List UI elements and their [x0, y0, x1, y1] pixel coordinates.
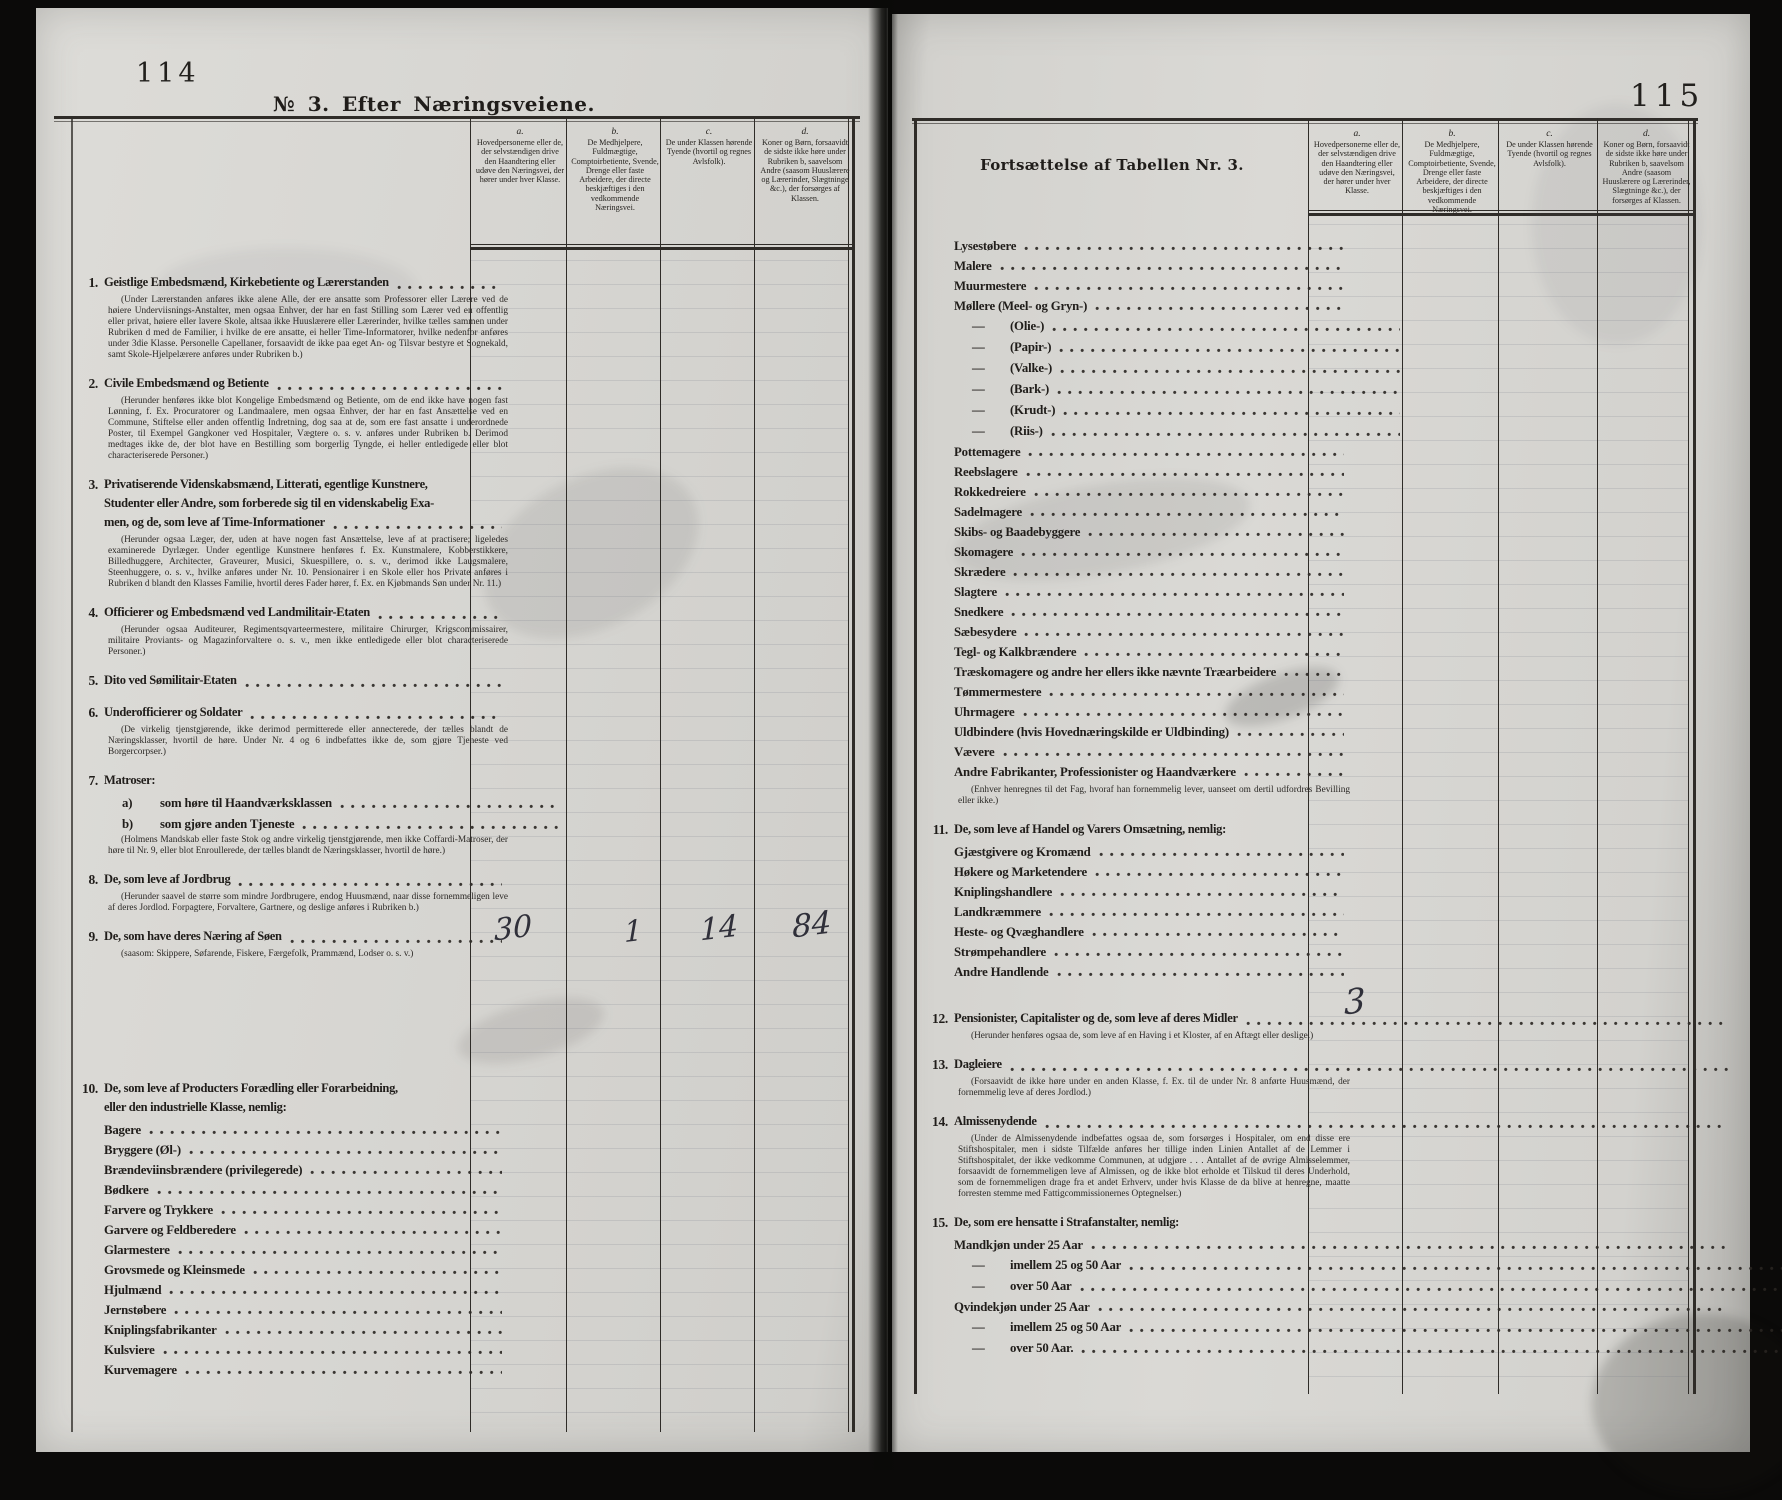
left-page: 114 № 3. Efter Næringsveiene. a. Hovedpe…	[36, 8, 888, 1452]
table-row: Andre Fabrikanter, Professionister og Ha…	[916, 765, 1346, 779]
table-row: Kurvemagere	[66, 1363, 504, 1377]
row-label: (Enhver henregnes til det Fag, hvoraf ha…	[958, 785, 1350, 806]
top-rule	[54, 116, 860, 119]
column-letter-b: b.	[571, 127, 659, 137]
column-header-b-text: De Medhjelpere, Fuldmægtige, Comptoirbet…	[1408, 140, 1496, 214]
table-row: —(Krudt-)	[916, 403, 1402, 418]
table-row: Uldbindere (hvis Hovednæringskilde er Ul…	[916, 725, 1346, 739]
column-line-a	[1308, 118, 1309, 1394]
table-row: b)som gjøre anden Tjeneste	[66, 817, 560, 832]
column-letter-d: d.	[759, 127, 851, 137]
dotted-leader	[1013, 572, 1344, 577]
row-label: Muurmestere	[954, 279, 1026, 293]
row-label: Mandkjøn under 25 Aar	[954, 1238, 1083, 1252]
table-row: Landkræmmere	[916, 905, 1346, 919]
dotted-leader	[1088, 532, 1344, 537]
table-row: Rokkedreiere	[916, 485, 1346, 499]
dotted-leader	[174, 1310, 502, 1315]
table-row: (Holmens Mandskab eller faste Stok og an…	[66, 835, 508, 857]
dotted-leader	[163, 1350, 502, 1355]
table-row: 14.Almissenydende	[916, 1112, 1730, 1131]
table-row: 8.De, som leve af Jordbrug	[66, 870, 504, 889]
table-row: 2.Civile Embedsmænd og Betiente	[66, 374, 504, 393]
table-row: (Enhver henregnes til det Fag, hvoraf ha…	[916, 785, 1350, 807]
column-header-a-text: Hovedpersonerne eller de, der selvstændi…	[1314, 140, 1400, 195]
table-row: Malere	[916, 259, 1346, 273]
row-label: Officierer og Embedsmænd ved Landmilitai…	[104, 603, 370, 622]
row-label: over 50 Aar.	[1010, 1341, 1073, 1356]
row-label: som gjøre anden Tjeneste	[160, 817, 294, 832]
column-header-a: a. Hovedpersonerne eller de, der selvstæ…	[472, 124, 568, 184]
dotted-leader	[333, 525, 502, 530]
row-label: Jernstøbere	[104, 1303, 166, 1317]
row-label: Hjulmænd	[104, 1283, 161, 1297]
row-label: De, som leve af Jordbrug	[104, 870, 230, 889]
table-row: Hjulmænd	[66, 1283, 504, 1297]
dotted-leader	[1051, 432, 1400, 437]
table-row: 9.De, som have deres Næring af Søen	[66, 927, 504, 946]
table-row: 10.De, som leve af Producters Forædling …	[66, 1079, 504, 1117]
table-row: Snedkere	[916, 605, 1346, 619]
column-header-b: b. De Medhjelpere, Fuldmægtige, Comptoir…	[568, 124, 662, 212]
row-number: 15.	[916, 1213, 948, 1232]
table-row: —(Valke-)	[916, 361, 1402, 376]
table-row: 1.Geistlige Embedsmænd, Kirkebetiente og…	[66, 273, 504, 292]
row-label: Tegl- og Kalkbrændere	[954, 645, 1076, 659]
dotted-leader	[1091, 1245, 1728, 1250]
continuation-title: Fortsættelse af Tabellen Nr. 3.	[916, 156, 1308, 174]
dotted-leader	[1054, 952, 1344, 957]
column-letter-a: a.	[475, 127, 565, 137]
table-row: —imellem 25 og 50 Aar	[916, 1258, 1782, 1273]
table-right-border-thin	[848, 116, 849, 1432]
dotted-leader	[1049, 692, 1344, 697]
handwritten-entry-row8-d: 84	[792, 904, 832, 945]
row-label: Qvindekjøn under 25 Aar	[954, 1300, 1090, 1314]
row-label: Gjæstgivere og Kromænd	[954, 845, 1091, 859]
row-number: 12.	[916, 1009, 948, 1028]
table-right-border	[1693, 118, 1696, 1394]
row-label: (Olie-)	[1010, 319, 1044, 334]
table-row: Gjæstgivere og Kromænd	[916, 845, 1346, 859]
top-rule-thin	[54, 121, 860, 122]
table-row: Bagere	[66, 1123, 504, 1137]
table-row: Tegl- og Kalkbrændere	[916, 645, 1346, 659]
column-header-d-text: Koner og Børn, forsaavidt de sidste ikke…	[760, 138, 849, 203]
dotted-leader	[1057, 972, 1344, 977]
dotted-leader	[1023, 712, 1344, 717]
table-row: Jernstøbere	[66, 1303, 504, 1317]
table-row: (Herunder henføres ikke blot Kongelige E…	[66, 396, 508, 462]
row-label: (De virkelig tjenstgjørende, ikke derimo…	[108, 725, 508, 757]
table-row: Tømmermestere	[916, 685, 1346, 699]
table-row: Skrædere	[916, 565, 1346, 579]
row-label: Underofficierer og Soldater	[104, 703, 242, 722]
row-label: eller den industrielle Klasse, nemlig:	[104, 1098, 286, 1117]
row-label: De, som have deres Næring af Søen	[104, 927, 282, 946]
dotted-leader	[1237, 732, 1344, 737]
table-row: a)som høre til Haandværksklassen	[66, 796, 560, 811]
table-row: —over 50 Aar	[916, 1279, 1782, 1294]
dotted-leader	[253, 1270, 502, 1275]
dotted-leader	[1034, 492, 1344, 497]
row-number: —	[972, 1258, 985, 1273]
row-label: Dito ved Sømilitair-Etaten	[104, 671, 237, 690]
column-header-b: b. De Medhjelpere, Fuldmægtige, Comptoir…	[1404, 126, 1500, 214]
dotted-leader	[189, 1150, 502, 1155]
table-left-border	[71, 116, 73, 1432]
table-row: Mandkjøn under 25 Aar	[916, 1238, 1730, 1252]
column-line-d	[1597, 118, 1598, 1394]
table-row: (Under de Almissenydende indbefattes ogs…	[916, 1134, 1350, 1200]
table-row: Grovsmede og Kleinsmede	[66, 1263, 504, 1277]
row-label: over 50 Aar	[1010, 1279, 1072, 1294]
table-row: —(Olie-)	[916, 319, 1402, 334]
table-row: (Herunder saavel de større som mindre Jo…	[66, 892, 508, 914]
dotted-leader	[1092, 932, 1344, 937]
dotted-leader	[1129, 1328, 1782, 1333]
row-label: imellem 25 og 50 Aar	[1010, 1258, 1121, 1273]
dotted-leader	[178, 1250, 502, 1255]
dotted-leader	[157, 1190, 502, 1195]
row-label: Reebslagere	[954, 465, 1018, 479]
binding-gutter	[868, 0, 898, 1470]
handwritten-entry-row8-a: 30	[494, 909, 533, 949]
row-label: Slagtere	[954, 585, 997, 599]
row-label: Glarmestere	[104, 1243, 170, 1257]
column-line-a	[470, 116, 471, 1432]
table-row: Høkere og Marketendere	[916, 865, 1346, 879]
table-row: Kulsviere	[66, 1343, 504, 1357]
table-row: —(Riis-)	[916, 424, 1402, 439]
row-label: Andre Fabrikanter, Professionister og Ha…	[954, 765, 1236, 779]
dotted-leader	[250, 715, 502, 720]
table-row: 15.De, som ere hensatte i Strafanstalter…	[916, 1213, 1346, 1232]
table-row: Skibs- og Baadebyggere	[916, 525, 1346, 539]
row-label: (Holmens Mandskab eller faste Stok og an…	[108, 835, 508, 856]
dotted-leader	[1052, 327, 1400, 332]
dotted-leader	[225, 1330, 502, 1335]
row-number: —	[972, 1279, 985, 1294]
table-row: Bryggere (Øl-)	[66, 1143, 504, 1157]
dotted-leader	[1045, 1124, 1728, 1129]
table-row: 13.Dagleiere	[916, 1055, 1730, 1074]
table-row: Møllere (Meel- og Gryn-)	[916, 299, 1346, 313]
dotted-leader	[1060, 369, 1400, 374]
column-header-a: a. Hovedpersonerne eller de, der selvstæ…	[1310, 126, 1404, 196]
table-row: 11.De, som leve af Handel og Varers Omsæ…	[916, 820, 1346, 839]
row-label: (Riis-)	[1010, 424, 1043, 439]
dotted-leader	[277, 386, 502, 391]
column-letter-c: c.	[665, 127, 753, 137]
row-label: (Herunder ogsaa Auditeurer, Regimentsqva…	[108, 625, 508, 657]
table-row: Heste- og Qvæghandlere	[916, 925, 1346, 939]
dotted-leader	[1026, 472, 1344, 477]
row-label: Skrædere	[954, 565, 1005, 579]
table-row: —(Bark-)	[916, 382, 1402, 397]
column-line-b	[1402, 118, 1403, 1394]
dotted-leader	[185, 1370, 502, 1375]
table-row: Garvere og Feldberedere	[66, 1223, 504, 1237]
row-label: men, og de, som leve af Time-Information…	[104, 513, 325, 532]
row-number: —	[972, 382, 985, 397]
dotted-leader	[1284, 672, 1344, 677]
row-label: De, som leve af Handel og Varers Omsætni…	[954, 820, 1226, 839]
table-row: Kniplingshandlere	[916, 885, 1346, 899]
table-row: 12.Pensionister, Capitalister og de, som…	[916, 1009, 1730, 1028]
handwritten-entry-row8-c: 14	[700, 909, 739, 949]
table-row: Lysestøbere	[916, 239, 1346, 253]
row-label: Bagere	[104, 1123, 141, 1137]
dotted-leader	[1028, 452, 1344, 457]
dotted-leader	[310, 1170, 502, 1175]
row-label: Grovsmede og Kleinsmede	[104, 1263, 245, 1277]
dotted-leader	[1005, 592, 1344, 597]
row-label: Rokkedreiere	[954, 485, 1026, 499]
dotted-leader	[1081, 1349, 1782, 1354]
table-row: Andre Handlende	[916, 965, 1346, 979]
table-row: 7.Matroser:	[66, 771, 504, 790]
table-row: Qvindekjøn under 25 Aar	[916, 1300, 1730, 1314]
column-letter-b: b.	[1407, 129, 1497, 139]
row-section-trades: LysestøbereMalereMuurmestereMøllere (Mee…	[916, 233, 1308, 779]
row-number: —	[972, 340, 985, 355]
row-section-11: (Enhver henregnes til det Fag, hvoraf ha…	[916, 782, 1308, 979]
row-label: Lysestøbere	[954, 239, 1016, 253]
column-line-b	[566, 116, 567, 1432]
row-label: Heste- og Qvæghandlere	[954, 925, 1084, 939]
handwritten-entry-row8-b: 1	[624, 913, 643, 949]
dotted-leader	[1034, 286, 1344, 291]
table-row: Sæbesydere	[916, 625, 1346, 639]
row-label: (saasom: Skippere, Søfarende, Fiskere, F…	[121, 949, 413, 959]
row-label: Kniplingsfabrikanter	[104, 1323, 217, 1337]
dotted-leader	[340, 804, 558, 809]
row-section-12-15: 12.Pensionister, Capitalister og de, som…	[916, 996, 1308, 1356]
row-number: —	[972, 1341, 985, 1356]
dotted-leader	[1129, 1266, 1782, 1271]
right-page: 115 Fortsættelse af Tabellen Nr. 3. a. H…	[892, 14, 1750, 1452]
dotted-leader	[1024, 632, 1344, 637]
row-label: Pensionister, Capitalister og de, som le…	[954, 1009, 1238, 1028]
table-row: (Forsaavidt de ikke høre under en anden …	[916, 1077, 1350, 1099]
table-row: 6.Underofficierer og Soldater	[66, 703, 504, 722]
row-label: Andre Handlende	[954, 965, 1049, 979]
row-label: Sadelmagere	[954, 505, 1022, 519]
dotted-leader	[1098, 1307, 1728, 1312]
column-header-a-text: Hovedpersonerne eller de, der selvstændi…	[476, 138, 564, 184]
column-header-c: c. De under Klassen hørende Tyende (hvor…	[662, 124, 756, 166]
table-row: Glarmestere	[66, 1243, 504, 1257]
row-label: Matroser:	[104, 771, 155, 790]
table-row: (De virkelig tjenstgjørende, ikke derimo…	[66, 725, 508, 758]
dotted-leader	[1084, 652, 1344, 657]
dotted-leader	[1095, 306, 1344, 311]
row-label: imellem 25 og 50 Aar	[1010, 1320, 1121, 1335]
table-row: 3.Privatiserende Videnskabsmænd, Littera…	[66, 475, 504, 532]
page-number-left: 114	[136, 58, 200, 89]
row-number: a)	[122, 796, 132, 811]
row-section-10: 10.De, som leve af Producters Forædling …	[66, 1066, 466, 1377]
dotted-leader	[1003, 752, 1345, 757]
table-row: (Herunder henføres ogsaa de, som leve af…	[916, 1031, 1350, 1042]
dotted-leader	[244, 1230, 502, 1235]
dotted-leader	[169, 1290, 502, 1295]
table-row: Kniplingsfabrikanter	[66, 1323, 504, 1337]
row-section-1-9: 1.Geistlige Embedsmænd, Kirkebetiente og…	[66, 260, 466, 960]
dotted-leader	[1010, 1067, 1728, 1072]
table-row: Bødkere	[66, 1183, 504, 1197]
table-row: (Under Lærerstanden anføres ikke alene A…	[66, 295, 508, 361]
row-label: Uldbindere (hvis Hovednæringskilde er Ul…	[954, 725, 1229, 739]
table-row: Reebslagere	[916, 465, 1346, 479]
table-row: Pottemagere	[916, 445, 1346, 459]
table-left-border	[914, 118, 917, 1394]
row-number: 11.	[916, 820, 948, 839]
dotted-leader	[302, 825, 558, 830]
row-label: Studenter eller Andre, som forberede sig…	[104, 494, 434, 513]
dotted-leader	[238, 882, 502, 887]
dotted-leader	[378, 615, 502, 620]
row-label: (Bark-)	[1010, 382, 1049, 397]
dotted-leader	[1095, 872, 1344, 877]
row-label: (Herunder henføres ikke blot Kongelige E…	[108, 396, 508, 461]
row-label: Malere	[954, 259, 992, 273]
row-label: Kulsviere	[104, 1343, 155, 1357]
row-label: Landkræmmere	[954, 905, 1041, 919]
table-row: —over 50 Aar.	[916, 1341, 1782, 1356]
table-row: —imellem 25 og 50 Aar	[916, 1320, 1782, 1335]
row-label: Træskomagere og andre her ellers ikke næ…	[954, 665, 1276, 679]
row-label: Snedkere	[954, 605, 1003, 619]
row-label: Vævere	[954, 745, 995, 759]
table-row: Muurmestere	[916, 279, 1346, 293]
row-label: Pottemagere	[954, 445, 1020, 459]
table-row: Farvere og Trykkere	[66, 1203, 504, 1217]
row-number: 14.	[916, 1112, 948, 1131]
table-row: Slagtere	[916, 585, 1346, 599]
row-label: Privatiserende Videnskabsmænd, Litterati…	[104, 475, 428, 494]
row-label: Civile Embedsmænd og Betiente	[104, 374, 269, 393]
row-label: Kurvemagere	[104, 1363, 177, 1377]
row-number: —	[972, 361, 985, 376]
row-number: —	[972, 319, 985, 334]
dotted-leader	[1030, 512, 1344, 517]
row-label: (Valke-)	[1010, 361, 1052, 376]
row-label: Møllere (Meel- og Gryn-)	[954, 299, 1087, 313]
dotted-leader	[1057, 390, 1400, 395]
table-row: Træskomagere og andre her ellers ikke næ…	[916, 665, 1346, 679]
table-row: 5.Dito ved Sømilitair-Etaten	[66, 671, 504, 690]
dotted-leader	[1049, 912, 1344, 917]
table-right-border	[852, 116, 855, 1432]
dotted-leader	[221, 1210, 502, 1215]
table-row: Skomagere	[916, 545, 1346, 559]
table-row: (saasom: Skippere, Søfarende, Fiskere, F…	[66, 949, 508, 960]
table-row: Strømpehandlere	[916, 945, 1346, 959]
row-label: Uhrmagere	[954, 705, 1015, 719]
column-line-d	[754, 116, 755, 1432]
row-label: Sæbesydere	[954, 625, 1016, 639]
table-row: Brændeviinsbrændere (privilegerede)	[66, 1163, 504, 1177]
row-label: Skomagere	[954, 545, 1013, 559]
column-line-c	[660, 116, 661, 1432]
row-number: —	[972, 1320, 985, 1335]
row-label: Tømmermestere	[954, 685, 1041, 699]
row-label: (Under Lærerstanden anføres ikke alene A…	[108, 295, 508, 360]
dotted-leader	[397, 285, 502, 290]
table-row: 4.Officierer og Embedsmænd ved Landmilit…	[66, 603, 504, 622]
column-header-d: d. Koner og Børn, forsaavidt de sidste i…	[756, 124, 854, 203]
row-label: (Krudt-)	[1010, 403, 1055, 418]
row-label: (Papir-)	[1010, 340, 1051, 355]
row-label: Strømpehandlere	[954, 945, 1046, 959]
row-number: 13.	[916, 1055, 948, 1074]
row-label: Farvere og Trykkere	[104, 1203, 213, 1217]
row-label: Dagleiere	[954, 1055, 1002, 1074]
header-bottom-rule-thick	[470, 247, 853, 250]
row-label: Brændeviinsbrændere (privilegerede)	[104, 1163, 302, 1177]
dotted-leader	[1060, 892, 1344, 897]
row-label: Bødkere	[104, 1183, 149, 1197]
table-row: (Herunder ogsaa Auditeurer, Regimentsqva…	[66, 625, 508, 658]
table-row: Vævere	[916, 745, 1346, 759]
table-row: —(Papir-)	[916, 340, 1402, 355]
row-label: (Forsaavidt de ikke høre under en anden …	[958, 1077, 1350, 1098]
header-bottom-rule	[470, 244, 853, 245]
column-header-c-text: De under Klassen hørende Tyende (hvortil…	[666, 138, 753, 166]
row-number: —	[972, 424, 985, 439]
dotted-leader	[1244, 772, 1344, 777]
row-label: som høre til Haandværksklassen	[160, 796, 332, 811]
table-right-border-thin	[1688, 118, 1689, 1394]
dotted-leader	[1000, 266, 1344, 271]
dotted-leader	[149, 1130, 502, 1135]
row-label: (Herunder henføres ogsaa de, som leve af…	[971, 1031, 1313, 1041]
dotted-leader	[1246, 1021, 1728, 1026]
row-label: Garvere og Feldberedere	[104, 1223, 236, 1237]
handwritten-entry-row12-a: 3	[1344, 981, 1366, 1024]
table-row: (Herunder ogsaa Læger, der, uden at have…	[66, 535, 508, 590]
dotted-leader	[1080, 1287, 1782, 1292]
row-label: Geistlige Embedsmænd, Kirkebetiente og L…	[104, 273, 389, 292]
column-line-c	[1498, 118, 1499, 1394]
row-label: Høkere og Marketendere	[954, 865, 1087, 879]
scanned-document: 114 № 3. Efter Næringsveiene. a. Hovedpe…	[0, 0, 1782, 1500]
row-number: b)	[122, 817, 133, 832]
dotted-leader	[1024, 246, 1344, 251]
row-label: Skibs- og Baadebyggere	[954, 525, 1080, 539]
row-label: (Under de Almissenydende indbefattes ogs…	[958, 1134, 1350, 1199]
dotted-leader	[245, 683, 502, 688]
row-label: (Herunder ogsaa Læger, der, uden at have…	[108, 535, 508, 589]
table-title: № 3. Efter Næringsveiene.	[224, 92, 644, 116]
column-letter-a: a.	[1313, 129, 1401, 139]
dotted-leader	[1021, 552, 1344, 557]
dotted-leader	[1011, 612, 1344, 617]
row-label: Kniplingshandlere	[954, 885, 1052, 899]
row-label: Bryggere (Øl-)	[104, 1143, 181, 1157]
table-row: Sadelmagere	[916, 505, 1346, 519]
row-label: (Herunder saavel de større som mindre Jo…	[108, 892, 508, 913]
row-label: Almissenydende	[954, 1112, 1037, 1131]
row-label: De, som leve af Producters Forædling ell…	[104, 1079, 398, 1098]
dotted-leader	[1063, 411, 1400, 416]
table-row: Uhrmagere	[916, 705, 1346, 719]
dotted-leader	[1059, 348, 1400, 353]
column-header-b-text: De Medhjelpere, Fuldmægtige, Comptoirbet…	[571, 138, 659, 212]
row-number: —	[972, 403, 985, 418]
